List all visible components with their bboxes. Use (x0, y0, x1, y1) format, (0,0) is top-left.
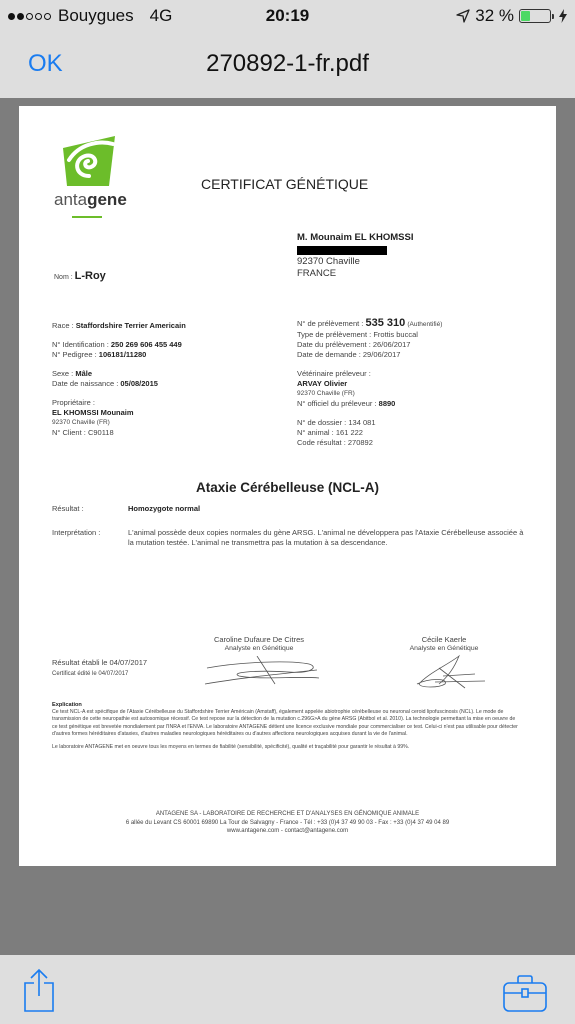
certificate-title: CERTIFICAT GÉNÉTIQUE (201, 176, 368, 192)
bottom-toolbar (0, 955, 575, 1024)
antagene-logo: antagene (54, 134, 124, 219)
signal-dot (44, 13, 51, 20)
signal-strength-icon (8, 13, 51, 20)
logo-wordmark: antagene (54, 190, 127, 210)
animal-name: Nom : L-Roy (54, 270, 106, 282)
ok-button[interactable]: OK (28, 50, 63, 78)
redacted-street (297, 246, 387, 255)
issue-dates: Résultat établi le 04/07/2017 Certificat… (52, 658, 147, 677)
document-footer: ANTAGENE SA - LABORATOIRE DE RECHERCHE E… (19, 810, 556, 836)
toolbox-icon[interactable] (502, 973, 548, 1013)
pdf-page: antagene CERTIFICAT GÉNÉTIQUE M. Mounaim… (19, 106, 556, 866)
sample-details: N° de prélèvement : 535 310 (Authentifié… (297, 318, 442, 448)
location-arrow-icon (456, 9, 470, 23)
signature-2-icon (409, 654, 489, 690)
charging-bolt-icon (559, 9, 567, 23)
signatory-1: Caroline Dufaure De Citres Analyste en G… (189, 635, 329, 653)
logo-underline (72, 216, 102, 218)
signatory-2: Cécile Kaerle Analyste en Génétique (389, 635, 499, 653)
battery-percent: 32 % (475, 6, 514, 26)
signal-dot (17, 13, 24, 20)
result-value: Homozygote normal (128, 504, 528, 514)
battery-icon (519, 9, 551, 23)
navigation-bar: OK 270892-1-fr.pdf (0, 32, 575, 98)
signal-dot (35, 13, 42, 20)
animal-name-value: L-Roy (75, 270, 106, 282)
share-icon[interactable] (22, 967, 56, 1013)
signal-dot (26, 13, 33, 20)
recipient-address: M. Mounaim EL KHOMSSI 92370 Chaville FRA… (297, 232, 413, 280)
status-bar: Bouygues 4G 20:19 32 % (0, 0, 575, 32)
recipient-name: M. Mounaim EL KHOMSSI (297, 232, 413, 244)
signature-1-icon (199, 656, 329, 686)
document-title: 270892-1-fr.pdf (0, 50, 575, 78)
recipient-country: FRANCE (297, 268, 413, 280)
carrier-name: Bouygues (58, 6, 134, 26)
certificate-edited-date: Certificat édité le 04/07/2017 (52, 671, 147, 677)
antagene-logo-icon (59, 136, 117, 186)
pdf-viewer[interactable]: antagene CERTIFICAT GÉNÉTIQUE M. Mounaim… (0, 98, 575, 955)
explanation-section: ExplicationCe test NCL-A est spécifique … (52, 702, 522, 751)
network-type: 4G (150, 6, 173, 26)
test-title: Ataxie Cérébelleuse (NCL-A) (19, 480, 556, 495)
result-established-date: Résultat établi le 04/07/2017 (52, 658, 147, 667)
animal-details: Race : Staffordshire Terrier Americain N… (52, 321, 186, 438)
recipient-city: 92370 Chaville (297, 256, 413, 268)
signal-dot (8, 13, 15, 20)
